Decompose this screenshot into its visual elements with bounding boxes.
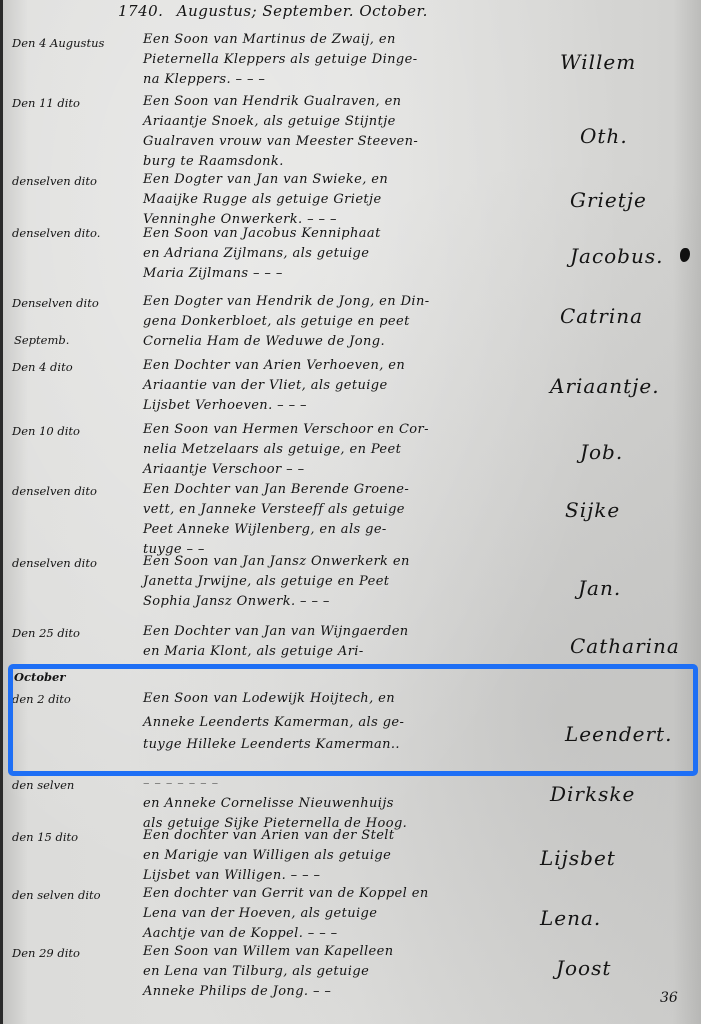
baptismal-name: Lijsbet [540,846,680,870]
entry-line: en Adriana Zijlmans, als getuige [143,244,553,264]
entry-date: Den 10 dito [12,424,137,438]
entry-text: Een Dogter van Jan van Swieke, en Maaijk… [143,170,553,230]
entry-line: Een Dochter van Jan van Wijngaerden [143,622,553,642]
entry-text: Een Soon van Willem van Kapelleen en Len… [143,942,553,1002]
baptismal-name: Dirkske [550,782,690,806]
entry-line: Een dochter van Gerrit van de Koppel en [143,884,553,904]
entry-line: Een Soon van Willem van Kapelleen [143,942,553,962]
entry-line: Ariaantie van der Vliet, als getuige [143,376,553,396]
entry-date: denselven dito [12,174,137,188]
entry-date: Den 25 dito [12,626,137,640]
entry-text: Een Soon van Jacobus Kenniphaat en Adria… [143,224,553,284]
entry-text: Een Dochter van Jan van Wijngaerden en M… [143,622,553,662]
register-page: 1740. Augustus; September. October. Den … [0,0,701,1024]
entry-text: Een Soon van Jan Jansz Onwerkerk en Jane… [143,552,553,612]
page-header: 1740. Augustus; September. October. [118,2,428,20]
entry-date: Den 11 dito [12,96,137,110]
baptismal-name: Lena. [540,906,680,930]
entry-line: Een Dogter van Hendrik de Jong, en Din- [143,292,553,312]
entry-date: den selven dito [12,888,137,902]
entry-line: vett, en Janneke Versteeff als getuige [143,500,553,520]
baptismal-name: Oth. [580,124,701,148]
entry-text: Een Soon van Hermen Verschoor en Cor- ne… [143,420,553,480]
baptismal-name: Ariaantje. [550,374,690,398]
entry-line: Anneke Leenderts Kamerman, als ge- [143,712,553,734]
entry-line: Ariaantje Snoek, als getuige Stijntje [143,112,553,132]
entry-text: Een dochter van Arien van der Stelt en M… [143,826,553,886]
page-binding-edge [0,0,3,1024]
baptismal-name: Sijke [565,498,701,522]
entry-line: – – – – – – – [143,774,553,794]
baptismal-name: Grietje [570,188,701,212]
entry-date: Denselven dito [12,296,137,310]
entry-text: Een Dogter van Hendrik de Jong, en Din- … [143,292,553,352]
entry-date: Den 4 Augustus [12,36,137,50]
entry-line: Lijsbet Verhoeven. – – – [143,396,553,416]
entry-text: – – – – – – – en Anneke Cornelisse Nieuw… [143,774,553,834]
entry-line: gena Donkerbloet, als getuige en peet [143,312,553,332]
entry-line: Lena van der Hoeven, als getuige [143,904,553,924]
entry-date: denselven dito [12,484,137,498]
entry-line: en Lena van Tilburg, als getuige [143,962,553,982]
entry-text: Een Soon van Hendrik Gualraven, en Ariaa… [143,92,553,172]
month-label: October [14,670,65,684]
entry-date: Den 4 dito [12,360,137,374]
entry-line: Een Dochter van Jan Berende Groene- [143,480,553,500]
entry-date: Den 29 dito [12,946,137,960]
baptismal-name: Leendert. [565,722,701,746]
entry-date: denselven dito [12,556,137,570]
header-year: 1740. [118,2,163,20]
entry-text: Een Soon van Martinus de Zwaij, en Piete… [143,30,553,90]
baptismal-name: Joost [556,956,696,980]
entry-line: nelia Metzelaars als getuige, en Peet [143,440,553,460]
baptismal-name: Jan. [578,576,701,600]
entry-text: Een Dochter van Jan Berende Groene- vett… [143,480,553,560]
entry-line: Een Soon van Lodewijk Hoijtech, en [143,688,553,710]
entry-line: Gualraven vrouw van Meester Steeven- [143,132,553,152]
page-number: 36 [660,990,678,1006]
entry-line: Ariaantje Verschoor – – [143,460,553,480]
entry-line: na Kleppers. – – – [143,70,553,90]
entry-line: Lijsbet van Willigen. – – – [143,866,553,886]
entry-line: en Anneke Cornelisse Nieuwenhuijs [143,794,553,814]
entry-date: den selven [12,778,137,792]
entry-line: Sophia Jansz Onwerk. – – – [143,592,553,612]
entry-date: den 2 dito [12,692,137,706]
entry-line: Maaijke Rugge als getuige Grietje [143,190,553,210]
entry-line: Anneke Philips de Jong. – – [143,982,553,1002]
entry-line: Een Dogter van Jan van Swieke, en [143,170,553,190]
header-months: Augustus; September. October. [177,2,428,20]
entry-line: Een dochter van Arien van der Stelt [143,826,553,846]
baptismal-name: Catrina [560,304,700,328]
entry-line: tuyge Hilleke Leenderts Kamerman.. [143,734,553,756]
entry-text: Een dochter van Gerrit van de Koppel en … [143,884,553,944]
month-label: Septemb. [14,333,69,347]
baptismal-name: Catharina [570,634,701,658]
entry-line: Peet Anneke Wijlenberg, en als ge- [143,520,553,540]
entry-line: Een Soon van Martinus de Zwaij, en [143,30,553,50]
entry-line: en Marigje van Willigen als getuige [143,846,553,866]
entry-line: Pieternella Kleppers als getuige Dinge- [143,50,553,70]
entry-line: Een Dochter van Arien Verhoeven, en [143,356,553,376]
entry-text: Een Soon van Lodewijk Hoijtech, en Annek… [143,688,553,756]
entry-line: en Maria Klont, als getuige Ari- [143,642,553,662]
entry-line: Een Soon van Jan Jansz Onwerkerk en [143,552,553,572]
entry-text: Een Dochter van Arien Verhoeven, en Aria… [143,356,553,416]
entry-line: Cornelia Ham de Weduwe de Jong. [143,332,553,352]
entry-line: Een Soon van Jacobus Kenniphaat [143,224,553,244]
entry-date: denselven dito. [12,226,137,240]
entry-line: Aachtje van de Koppel. – – – [143,924,553,944]
entry-line: Een Soon van Hendrik Gualraven, en [143,92,553,112]
baptismal-name: Job. [580,440,701,464]
entry-line: Maria Zijlmans – – – [143,264,553,284]
entry-date: den 15 dito [12,830,137,844]
baptismal-name: Willem [560,50,700,74]
entry-line: burg te Raamsdonk. [143,152,553,172]
entry-line: Een Soon van Hermen Verschoor en Cor- [143,420,553,440]
entry-line: Janetta Jrwijne, als getuige en Peet [143,572,553,592]
